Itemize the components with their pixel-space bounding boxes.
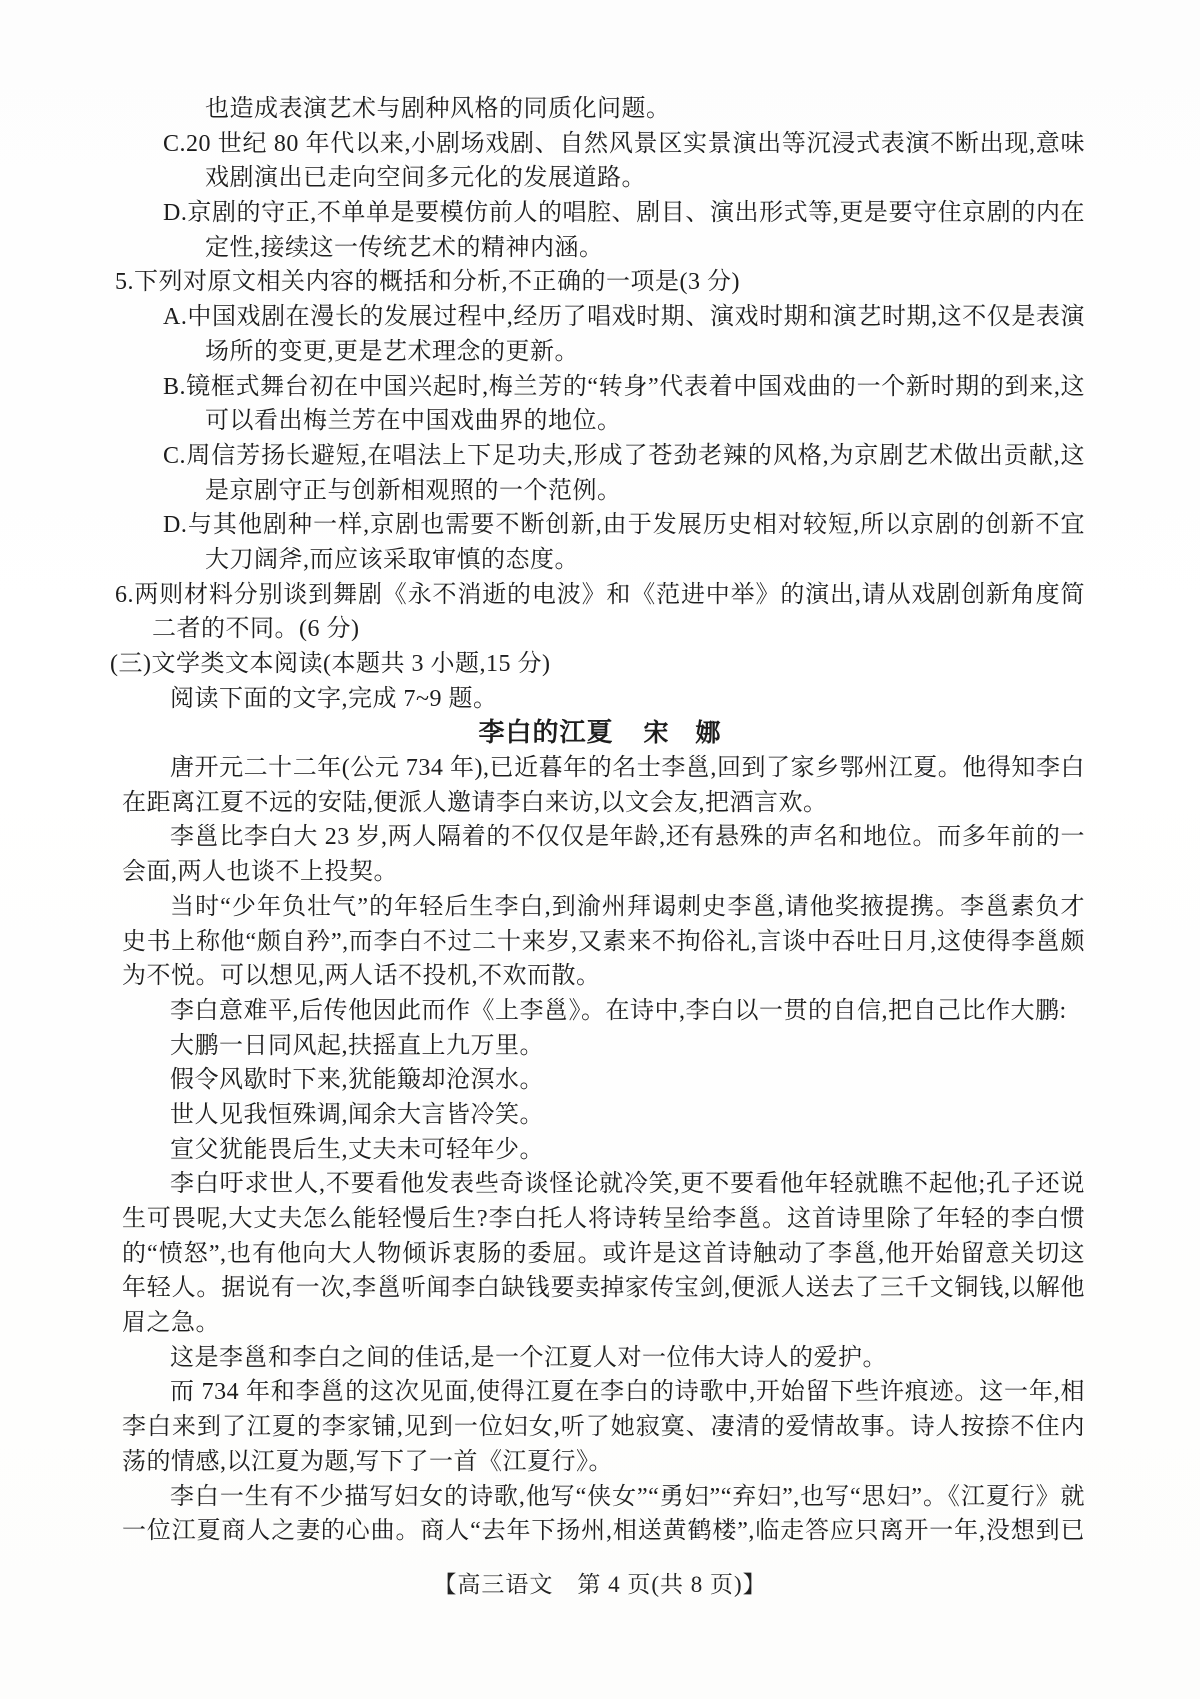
- text-line: 戏剧演出已走向空间多元化的发展道路。: [0, 161, 1200, 196]
- text-line: 李白来到了江夏的李家铺,见到一位妇女,听了她寂寞、凄清的爱情故事。诗人按捺不住内…: [0, 1410, 1200, 1445]
- reading-instruction: 阅读下面的文字,完成 7~9 题。: [0, 682, 1200, 717]
- text-line: 眉之急。: [0, 1306, 1200, 1341]
- text-line: 的“愤怒”,也有他向大人物倾诉衷肠的委屈。或许是这首诗触动了李邕,他开始留意关切…: [0, 1237, 1200, 1272]
- text-line: 李邕比李白大 23 岁,两人隔着的不仅仅是年龄,还有悬殊的声名和地位。而多年前的…: [0, 820, 1200, 855]
- text-line: 会面,两人也谈不上投契。: [0, 855, 1200, 890]
- question-6: 6.两则材料分别谈到舞剧《永不消逝的电波》和《范进中举》的演出,请从戏剧创新角度…: [0, 578, 1200, 613]
- text-line: 荡的情感,以江夏为题,写下了一首《江夏行》。: [0, 1445, 1200, 1480]
- text-line: 定性,接续这一传统艺术的精神内涵。: [0, 231, 1200, 266]
- option-a-q5: A.中国戏剧在漫长的发展过程中,经历了唱戏时期、演戏时期和演艺时期,这不仅是表演: [0, 300, 1200, 335]
- text-line: 唐开元二十二年(公元 734 年),已近暮年的名士李邕,回到了家乡鄂州江夏。他得…: [0, 751, 1200, 786]
- text-line: 也造成表演艺术与剧种风格的同质化问题。: [0, 92, 1200, 127]
- text-line: 在距离江夏不远的安陆,便派人邀请李白来访,以文会友,把酒言欢。: [0, 786, 1200, 821]
- section-heading-3: (三)文学类文本阅读(本题共 3 小题,15 分): [0, 647, 1200, 682]
- poem-line: 假令风歇时下来,犹能簸却沧溟水。: [0, 1063, 1200, 1098]
- exam-text-block: 也造成表演艺术与剧种风格的同质化问题。C.20 世纪 80 年代以来,小剧场戏剧…: [0, 92, 1200, 1549]
- poem-line: 大鹏一日同风起,扶摇直上九万里。: [0, 1029, 1200, 1064]
- text-line: 是京剧守正与创新相观照的一个范例。: [0, 474, 1200, 509]
- text-line: 场所的变更,更是艺术理念的更新。: [0, 335, 1200, 370]
- option-b-q5: B.镜框式舞台初在中国兴起时,梅兰芳的“转身”代表着中国戏曲的一个新时期的到来,…: [0, 370, 1200, 405]
- poem-line: 世人见我恒殊调,闻余大言皆冷笑。: [0, 1098, 1200, 1133]
- passage-author: 宋 娜: [644, 720, 722, 747]
- text-line: 当时“少年负壮气”的年轻后生李白,到渝州拜谒刺史李邕,请他奖掖提携。李邕素负才名…: [0, 890, 1200, 925]
- poem-line: 宣父犹能畏后生,丈夫未可轻年少。: [0, 1133, 1200, 1168]
- passage-title-line: 李白的江夏宋 娜: [0, 716, 1200, 751]
- text-line: 这是李邕和李白之间的佳话,是一个江夏人对一位伟大诗人的爱护。: [0, 1341, 1200, 1376]
- option-d-q4: D.京剧的守正,不单单是要模仿前人的唱腔、剧目、演出形式等,更是要守住京剧的内在…: [0, 196, 1200, 231]
- text-line: 李白意难平,后传他因此而作《上李邕》。在诗中,李白以一贯的自信,把自己比作大鹏:: [0, 994, 1200, 1029]
- option-c-q4: C.20 世纪 80 年代以来,小剧场戏剧、自然风景区实景演出等沉浸式表演不断出…: [0, 127, 1200, 162]
- text-line: 生可畏呢,大丈夫怎么能轻慢后生?李白托人将诗转呈给李邕。这首诗里除了年轻的李白惯…: [0, 1202, 1200, 1237]
- page-footer: 【高三语文 第 4 页(共 8 页)】: [0, 1566, 1200, 1599]
- text-line: 而 734 年和李邕的这次见面,使得江夏在李白的诗歌中,开始留下些许痕迹。这一年…: [0, 1375, 1200, 1410]
- text-line: 年轻人。据说有一次,李邕听闻李白缺钱要卖掉家传宝剑,便派人送去了三千文铜钱,以解…: [0, 1271, 1200, 1306]
- option-d-q5: D.与其他剧种一样,京剧也需要不断创新,由于发展历史相对较短,所以京剧的创新不宜: [0, 508, 1200, 543]
- option-c-q5: C.周信芳扬长避短,在唱法上下足功夫,形成了苍劲老辣的风格,为京剧艺术做出贡献,…: [0, 439, 1200, 474]
- text-line: 可以看出梅兰芳在中国戏曲界的地位。: [0, 404, 1200, 439]
- passage-title: 李白的江夏: [478, 718, 613, 747]
- text-line: 李白一生有不少描写妇女的诗歌,他写“侠女”“勇妇”“弃妇”,也写“思妇”。《江夏…: [0, 1480, 1200, 1515]
- text-line: 为不悦。可以想见,两人话不投机,不欢而散。: [0, 959, 1200, 994]
- text-line: 大刀阔斧,而应该采取审慎的态度。: [0, 543, 1200, 578]
- question-5: 5.下列对原文相关内容的概括和分析,不正确的一项是(3 分): [0, 265, 1200, 300]
- text-line: 一位江夏商人之妻的心曲。商人“去年下扬州,相送黄鹤楼”,临走答应只离开一年,没想…: [0, 1514, 1200, 1549]
- text-line: 李白吁求世人,不要看他发表些奇谈怪论就冷笑,更不要看他年轻就瞧不起他;孔子还说后: [0, 1167, 1200, 1202]
- text-line: 史书上称他“颇自矜”,而李白不过二十来岁,又素来不拘俗礼,言谈中吞吐日月,这使得…: [0, 925, 1200, 960]
- exam-page: 也造成表演艺术与剧种风格的同质化问题。C.20 世纪 80 年代以来,小剧场戏剧…: [0, 0, 1200, 1699]
- text-line: 二者的不同。(6 分): [0, 612, 1200, 647]
